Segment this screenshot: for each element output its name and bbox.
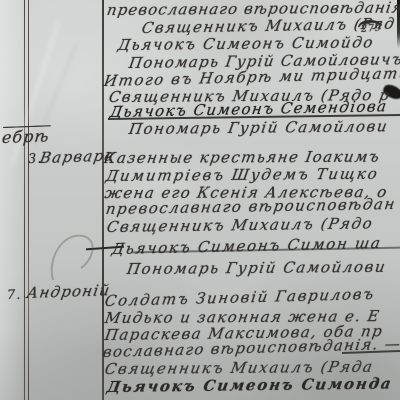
entry-name: Варвара xyxy=(39,147,117,166)
entry-number: 7. xyxy=(7,289,22,304)
register-page-scan: ( 279 превославнаго вѣроисповѣданія А фи… xyxy=(0,0,400,400)
manuscript-line: Дьячокъ Симеонъ Симон ша xyxy=(111,235,383,258)
manuscript-line: Солдатъ Зиновій Гавриловъ xyxy=(104,286,376,310)
manuscript-line: Пономарь Гурій Самойлови xyxy=(128,118,390,137)
manuscript-line: Казенные крестьяне Іоакимъ xyxy=(103,149,382,167)
month-label: ебрѣ xyxy=(1,127,50,146)
manuscript-line: Димитріевъ Шудемъ Тищко xyxy=(105,166,380,185)
margin-flourish xyxy=(45,228,105,284)
entry-name: Андроній xyxy=(26,282,112,302)
bottom-vignette xyxy=(0,330,400,400)
manuscript-line: Священникъ Михаилъ (Рядо xyxy=(106,215,375,235)
manuscript-line: Пономарь Гурій Самойлови xyxy=(126,259,388,278)
